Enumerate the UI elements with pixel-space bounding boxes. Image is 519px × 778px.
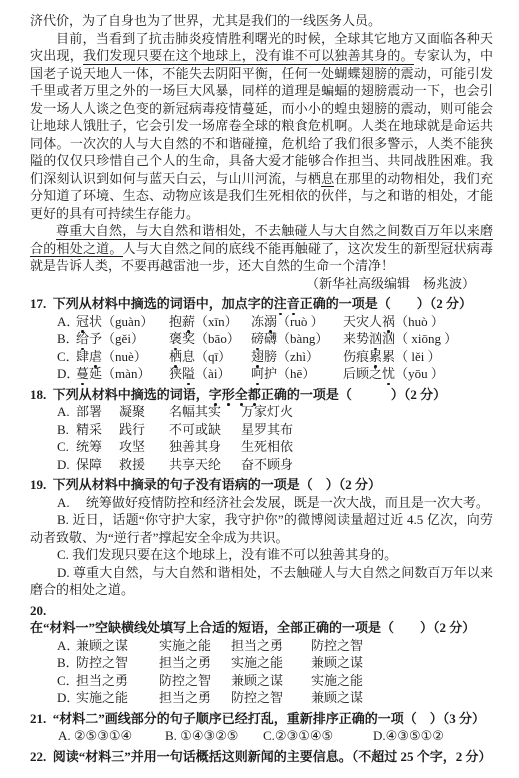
option-cell: 冠状（guàn） bbox=[76, 313, 169, 331]
text-segment: 正确的一项是（ ）（2 分） bbox=[261, 387, 446, 402]
option-row: A.部署凝聚名幅其实万家灯火 bbox=[30, 403, 493, 421]
option-row: D.保障救援共享天纶奋不顾身 bbox=[30, 456, 493, 474]
option-cell: C.②③①④⑤ bbox=[263, 727, 373, 745]
option-label: C． bbox=[57, 348, 76, 366]
option-label: B． bbox=[57, 654, 76, 672]
exam-page: 济代价，为了自身也为了世界，尤其是我们的一线医务人员。目前，当看到了抗击肺炎疫情… bbox=[30, 12, 493, 765]
option-cell: 担当之勇 bbox=[231, 637, 311, 655]
option-text: 尊重大自然，与大自然和谐相处，不去触碰人与大自然之间数百万年以来磨合的相处之道。 bbox=[30, 565, 493, 598]
option-row: A．兼顾之谋实施之能担当之勇防控之智 bbox=[30, 637, 493, 655]
passage-paragraph: 尊重大自然，与大自然和谐相处，不去触碰人与大自然之间数百万年以来磨合的相处之道。… bbox=[30, 222, 493, 275]
question-number: 17. bbox=[30, 296, 53, 311]
option-cell: 防控之智 bbox=[159, 672, 231, 690]
option-cell: 狭隘（ài） bbox=[169, 365, 251, 383]
text-segment: 济代价，为了自身也为了世界，尤其是我们的一线医务人员。 bbox=[30, 13, 381, 28]
option-row: A. 统筹做好疫情防控和经济社会发展，既是一次大战，而且是一次大考。 bbox=[30, 494, 493, 512]
option-cell: 呵护（hē） bbox=[251, 365, 343, 383]
option-cell: 来势汹汹（ xiōng ） bbox=[343, 330, 457, 348]
option-cell: 担当之勇 bbox=[159, 689, 231, 707]
option-cell: 后顾之忧（yōu ） bbox=[343, 365, 444, 383]
text-segment: 专家认为，中国老子说天地人一体，不能失去阴阳平衡，任何一处蝴蝶翅膀的震动，可能引… bbox=[30, 48, 493, 186]
option-cell: 践行 bbox=[119, 421, 169, 439]
option-cell: 防控之智 bbox=[231, 689, 311, 707]
text-segment: 注音 bbox=[274, 296, 300, 311]
option-label: B. bbox=[57, 512, 72, 527]
option-cell: 磅礴（bàng） bbox=[251, 330, 343, 348]
question-stem: 18. 下列从材料中摘选的词语，字形全都正确的一项是（ ）（2 分） bbox=[30, 386, 493, 404]
byline: （新华社高级编辑 杨兆波） bbox=[30, 275, 493, 293]
option-row: C．担当之勇防控之智兼顾之谋实施之能 bbox=[30, 672, 493, 690]
option-label: D． bbox=[57, 689, 76, 707]
option-cell: 实施之能 bbox=[311, 672, 363, 690]
question-number: 19. bbox=[30, 477, 53, 492]
option-cell: 翅膀（zhì） bbox=[251, 348, 343, 366]
option-row: D．实施之能担当之勇防控之智兼顾之谋 bbox=[30, 689, 493, 707]
option-cell: 实施之能 bbox=[159, 637, 231, 655]
option-label: D. bbox=[57, 565, 73, 580]
material-passage: 济代价，为了自身也为了世界，尤其是我们的一线医务人员。目前，当看到了抗击肺炎疫情… bbox=[30, 12, 493, 275]
option-label: A． bbox=[57, 637, 76, 655]
option-cell: 凝聚 bbox=[119, 403, 169, 421]
option-text: 我们发现只要在这个地球上，没有谁不可以独善其身的。 bbox=[72, 547, 397, 562]
question-20: 20. 在“材料一”空缺横线处填写上合适的短语，全部正确的一项是（ ）（2 分）… bbox=[30, 602, 493, 707]
text-segment: “材料二”画线部分的句子顺序已经打乱，重新排序正确的一项（ ）（3 分） bbox=[53, 711, 485, 726]
question-19: 19. 下列从材料中摘录的句子没有语病的一项是（ ）（2 分）A. 统筹做好疫情… bbox=[30, 476, 493, 599]
option-label: A. bbox=[57, 495, 73, 510]
passage-paragraph: 目前，当看到了抗击肺炎疫情胜利曙光的时候，全球其它地方又面临各种天灾出现，我们发… bbox=[30, 30, 493, 223]
option-cell: 兼顾之谋 bbox=[311, 689, 363, 707]
option-text: 近日，话题“你守护大家，我守护你”的微博阅读量超过近 4.5 亿次，向劳动者致敬… bbox=[30, 512, 493, 545]
option-cell: 攻坚 bbox=[119, 438, 169, 456]
option-cell: 部署 bbox=[76, 403, 119, 421]
option-row: B. 近日，话题“你守护大家，我守护你”的微博阅读量超过近 4.5 亿次，向劳动… bbox=[30, 511, 493, 546]
option-cell: 担当之勇 bbox=[76, 672, 159, 690]
option-row: B．防控之智担当之勇实施之能兼顾之谋 bbox=[30, 654, 493, 672]
option-cell: 兼顾之谋 bbox=[76, 637, 159, 655]
option-label: B. bbox=[57, 421, 76, 439]
question-17: 17. 下列从材料中摘选的词语中，加点字的注音正确的一项是（ ）（2 分）A．冠… bbox=[30, 295, 493, 383]
question-18: 18. 下列从材料中摘选的词语，字形全都正确的一项是（ ）（2 分）A.部署凝聚… bbox=[30, 386, 493, 474]
option-cell: 独善其身 bbox=[169, 438, 241, 456]
option-cell: 星罗其布 bbox=[241, 421, 293, 439]
option-cell: 蔓延（màn） bbox=[76, 365, 169, 383]
option-row: C．肆虐（nuè）栖息（qī）翅膀（zhì）伤痕累累（ lěi ） bbox=[30, 348, 493, 366]
option-label: A. bbox=[57, 403, 76, 421]
text-segment: 阅读“材料三”并用一句话概括这则新闻的主要信息。（不超过 25 个字，2 分） bbox=[53, 749, 492, 764]
option-cell: 防控之智 bbox=[76, 654, 159, 672]
option-label: C． bbox=[57, 672, 76, 690]
option-cell: A. ②⑤③①④ bbox=[58, 727, 165, 745]
option-cell: 精采 bbox=[76, 421, 119, 439]
option-cell: 奋不顾身 bbox=[241, 456, 293, 474]
option-cell: 不可或缺 bbox=[169, 421, 241, 439]
option-cell: 伤痕累累（ lěi ） bbox=[343, 348, 441, 366]
underlined-text: 我们发现只要在这个地球上，没有谁不可以独善其身的。 bbox=[83, 48, 414, 65]
option-cell: 肆虐（nuè） bbox=[76, 348, 169, 366]
option-cell: 名幅其实 bbox=[169, 403, 241, 421]
text-segment: 下列从材料中摘选的词语中，加点字的 bbox=[53, 296, 274, 311]
option-cell: 兼顾之谋 bbox=[231, 672, 311, 690]
option-cell: 抱薪（xīn） bbox=[169, 313, 251, 331]
option-cell: 保障 bbox=[76, 456, 119, 474]
question-stem: 19. 下列从材料中摘录的句子没有语病的一项是（ ）（2 分） bbox=[30, 476, 493, 494]
text-segment: 下列从材料中摘选的词语， bbox=[53, 387, 209, 402]
option-row: D. 尊重大自然，与大自然和谐相处，不去触碰人与大自然之间数百万年以来磨合的相处… bbox=[30, 564, 493, 599]
option-row: B.精采践行不可或缺星罗其布 bbox=[30, 421, 493, 439]
option-label: C. bbox=[57, 547, 72, 562]
question-stem: 22. 阅读“材料三”并用一句话概括这则新闻的主要信息。（不超过 25 个字，2… bbox=[30, 748, 493, 766]
text-segment: 正确的一项是（ ）（2 分） bbox=[300, 296, 472, 311]
option-cell: B. ①④③②⑤ bbox=[165, 727, 263, 745]
option-cell: 给予（gěi） bbox=[76, 330, 169, 348]
option-cell: 实施之能 bbox=[76, 689, 159, 707]
question-number: 18. bbox=[30, 387, 53, 402]
option-cell: D.④③⑤①② bbox=[373, 727, 444, 745]
option-cell: 万家灯火 bbox=[241, 403, 293, 421]
question-stem: 20. 在“材料一”空缺横线处填写上合适的短语，全部正确的一项是（ ）（2 分） bbox=[30, 602, 493, 637]
option-row: D．蔓延（màn）狭隘（ài）呵护（hē）后顾之忧（yōu ） bbox=[30, 365, 493, 383]
text-segment: 字形全都 bbox=[209, 387, 261, 402]
option-cell: 褒奖（bāo） bbox=[169, 330, 251, 348]
option-row: C.统筹攻坚独善其身生死相依 bbox=[30, 438, 493, 456]
option-cell: 救援 bbox=[119, 456, 169, 474]
option-text: 统筹做好疫情防控和经济社会发展，既是一次大战，而且是一次大考。 bbox=[73, 495, 489, 510]
option-label: D. bbox=[57, 456, 76, 474]
option-cell: 统筹 bbox=[76, 438, 119, 456]
option-label: C. bbox=[57, 438, 76, 456]
question-number: 21. bbox=[30, 711, 53, 726]
option-label: A． bbox=[57, 313, 76, 331]
option-cell: 实施之能 bbox=[231, 654, 311, 672]
option-cell: 担当之勇 bbox=[159, 654, 231, 672]
option-cell: 栖息（qī） bbox=[169, 348, 251, 366]
question-number: 22. bbox=[30, 749, 53, 764]
option-label: B． bbox=[57, 330, 76, 348]
option-cell: 共享天纶 bbox=[169, 456, 241, 474]
option-cell: 防控之智 bbox=[311, 637, 363, 655]
passage-paragraph: 济代价，为了自身也为了世界，尤其是我们的一线医务人员。 bbox=[30, 12, 493, 30]
option-cell: 兼顾之谋 bbox=[311, 654, 363, 672]
question-21: 21. “材料二”画线部分的句子顺序已经打乱，重新排序正确的一项（ ）（3 分）… bbox=[30, 710, 493, 745]
option-label: D． bbox=[57, 365, 76, 383]
option-row: A．冠状（guàn）抱薪（xīn）冻溺（ruò ）天灾人祸（huò ） bbox=[30, 313, 493, 331]
option-row: A. ②⑤③①④B. ①④③②⑤C.②③①④⑤D.④③⑤①② bbox=[30, 727, 493, 745]
question-stem: 21. “材料二”画线部分的句子顺序已经打乱，重新排序正确的一项（ ）（3 分） bbox=[30, 710, 493, 728]
option-cell: 天灾人祸（huò ） bbox=[343, 313, 444, 331]
question-stem: 17. 下列从材料中摘选的词语中，加点字的注音正确的一项是（ ）（2 分） bbox=[30, 295, 493, 313]
questions: 17. 下列从材料中摘选的词语中，加点字的注音正确的一项是（ ）（2 分）A．冠… bbox=[30, 295, 493, 765]
option-row: B．给予（gěi）褒奖（bāo）磅礴（bàng）来势汹汹（ xiōng ） bbox=[30, 330, 493, 348]
text-segment: 在“材料一”空缺横线处填写上合适的短语，全部正确的一项是（ ）（2 分） bbox=[30, 620, 475, 635]
option-cell: 冻溺（ruò ） bbox=[251, 313, 343, 331]
option-row: C. 我们发现只要在这个地球上，没有谁不可以独善其身的。 bbox=[30, 546, 493, 564]
text-segment: 下列从材料中摘录的句子没有语病的一项是（ ）（2 分） bbox=[53, 477, 381, 492]
option-cell: 生死相依 bbox=[241, 438, 293, 456]
underlined-text: 息 bbox=[321, 171, 334, 188]
question-22: 22. 阅读“材料三”并用一句话概括这则新闻的主要信息。（不超过 25 个字，2… bbox=[30, 748, 493, 766]
question-number: 20. bbox=[30, 603, 53, 618]
